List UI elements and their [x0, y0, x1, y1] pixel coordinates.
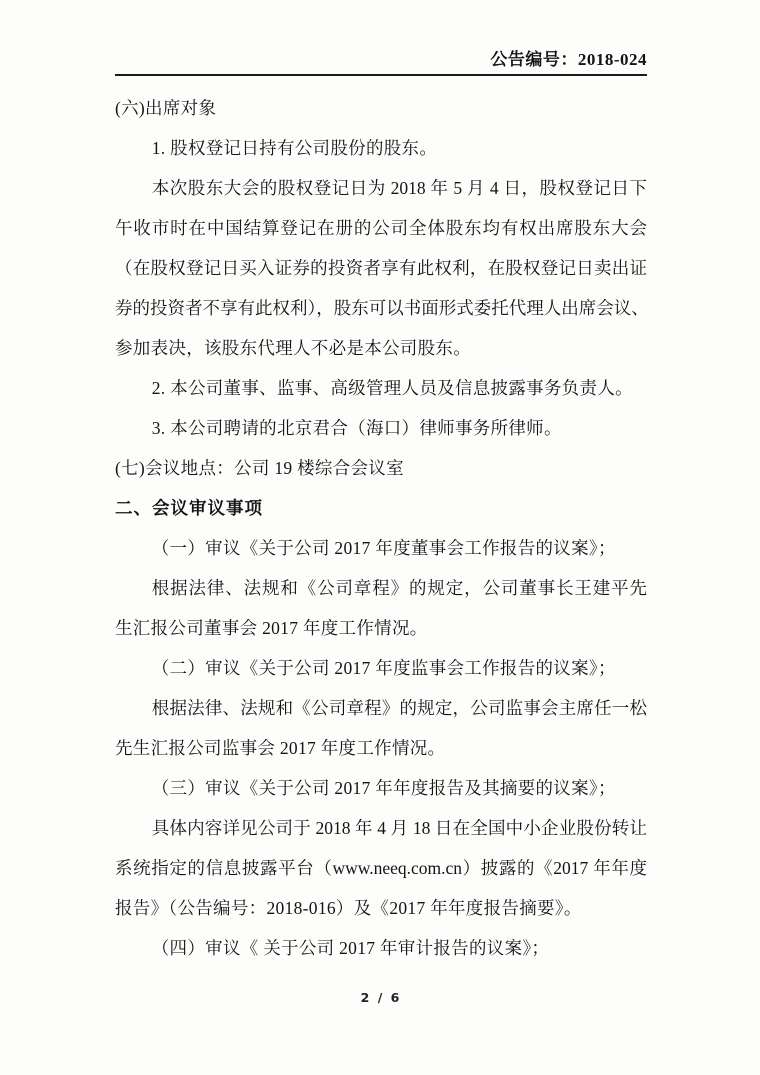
paragraph-line: 参加表决，该股东代理人不必是本公司股东。: [115, 328, 647, 368]
page-number: 2 / 6: [115, 990, 647, 1005]
paragraph-line: 生汇报公司董事会 2017 年度工作情况。: [115, 608, 647, 648]
proposal-1-heading: （一）审议《关于公司 2017 年度董事会工作报告的议案》；: [115, 528, 647, 568]
paragraph-line: 根据法律、法规和《公司章程》的规定，公司监事会主席任一松: [115, 688, 647, 728]
document-page: 公告编号：2018-024 (六)出席对象 1. 股权登记日持有公司股份的股东。…: [0, 0, 760, 1075]
paragraph-line: 报告》（公告编号：2018-016）及《2017 年年度报告摘要》。: [115, 888, 647, 928]
paragraph-line: 具体内容详见公司于 2018 年 4 月 18 日在全国中小企业股份转让: [115, 808, 647, 848]
paragraph-line: 先生汇报公司监事会 2017 年度工作情况。: [115, 728, 647, 768]
paragraph-line: 券的投资者不享有此权利），股东可以书面形式委托代理人出席会议、: [115, 288, 647, 328]
paragraph-line: 本次股东大会的股权登记日为 2018 年 5 月 4 日，股权登记日下: [115, 168, 647, 208]
paragraph-line: 午收市时在中国结算登记在册的公司全体股东均有权出席股东大会: [115, 208, 647, 248]
proposal-2-heading: （二）审议《关于公司 2017 年度监事会工作报告的议案》；: [115, 648, 647, 688]
header-rule: [115, 74, 647, 76]
section-2-heading: 二、会议审议事项: [115, 488, 647, 528]
paragraph-line: 根据法律、法规和《公司章程》的规定，公司董事长王建平先: [115, 568, 647, 608]
proposal-4-heading: （四）审议《 关于公司 2017 年审计报告的议案》；: [115, 928, 647, 968]
list-item-3: 3. 本公司聘请的北京君合（海口）律师事务所律师。: [115, 408, 647, 448]
document-body: (六)出席对象 1. 股权登记日持有公司股份的股东。 本次股东大会的股权登记日为…: [115, 88, 647, 968]
announcement-number: 公告编号：2018-024: [115, 48, 647, 72]
paragraph-line: （在股权登记日买入证券的投资者享有此权利，在股权登记日卖出证: [115, 248, 647, 288]
clause-7-heading: (七)会议地点：公司 19 楼综合会议室: [115, 448, 647, 488]
proposal-3-heading: （三）审议《关于公司 2017 年年度报告及其摘要的议案》；: [115, 768, 647, 808]
list-item-2: 2. 本公司董事、监事、高级管理人员及信息披露事务负责人。: [115, 368, 647, 408]
clause-6-heading: (六)出席对象: [115, 88, 647, 128]
list-item-1: 1. 股权登记日持有公司股份的股东。: [115, 128, 647, 168]
paragraph-line: 系统指定的信息披露平台（www.neeq.com.cn）披露的《2017 年年度: [115, 848, 647, 888]
